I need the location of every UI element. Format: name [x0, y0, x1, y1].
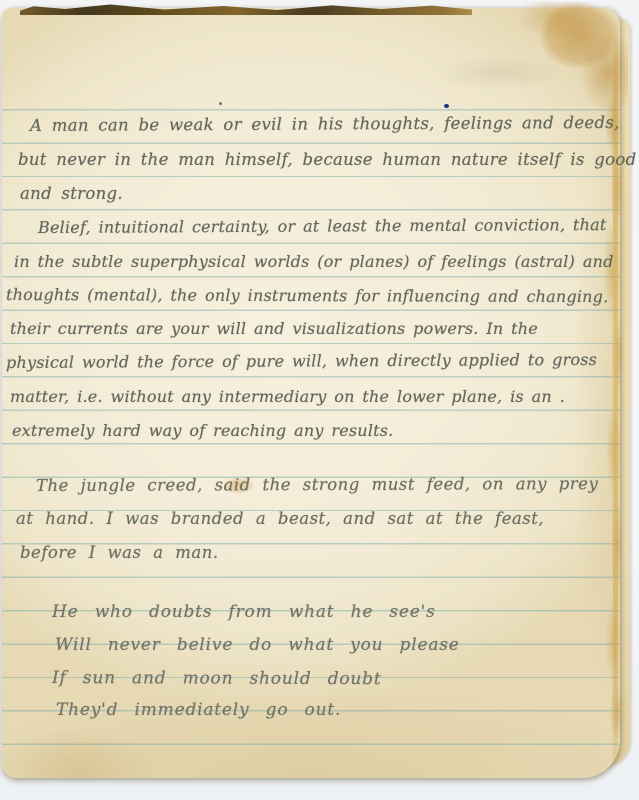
handwritten-line: their currents are your will and visuali…	[10, 319, 538, 338]
handwritten-line: but never in the man himself, because hu…	[18, 150, 637, 169]
handwritten-line: Belief, intuitional certainty, or at lea…	[38, 215, 607, 237]
handwritten-line: extremely hard way of reaching any resul…	[12, 421, 393, 440]
handwritten-line: at hand. I was branded a beast, and sat …	[16, 509, 544, 528]
handwritten-line: thoughts (mental), the only instruments …	[6, 285, 608, 306]
handwritten-line: The jungle creed, said the strong must f…	[36, 474, 598, 495]
handwritten-line: in the subtle superphysical worlds (or p…	[14, 252, 614, 271]
handwritten-line: physical world the force of pure will, w…	[6, 350, 597, 372]
handwritten-line: before I was a man.	[20, 543, 219, 562]
notebook-page: A man can be weak or evil in his thought…	[2, 8, 620, 778]
worn-top-edge	[20, 4, 472, 15]
handwritten-line: A man can be weak or evil in his thought…	[30, 113, 620, 135]
ghost-impression	[432, 56, 562, 90]
right-edge-stains	[590, 98, 624, 738]
handwritten-line: and strong.	[20, 184, 123, 203]
ink-dot	[444, 104, 449, 108]
scanner-background: A man can be weak or evil in his thought…	[0, 0, 639, 800]
handwritten-line: They'd immediately go out.	[56, 700, 341, 720]
handwritten-line: If sun and moon should doubt	[52, 668, 382, 689]
handwritten-line: matter, i.e. without any intermediary on…	[10, 387, 565, 406]
handwritten-line: He who doubts from what he see's	[52, 602, 436, 622]
pencil-dot	[219, 102, 222, 105]
handwritten-line: Will never belive do what you please	[55, 635, 460, 655]
